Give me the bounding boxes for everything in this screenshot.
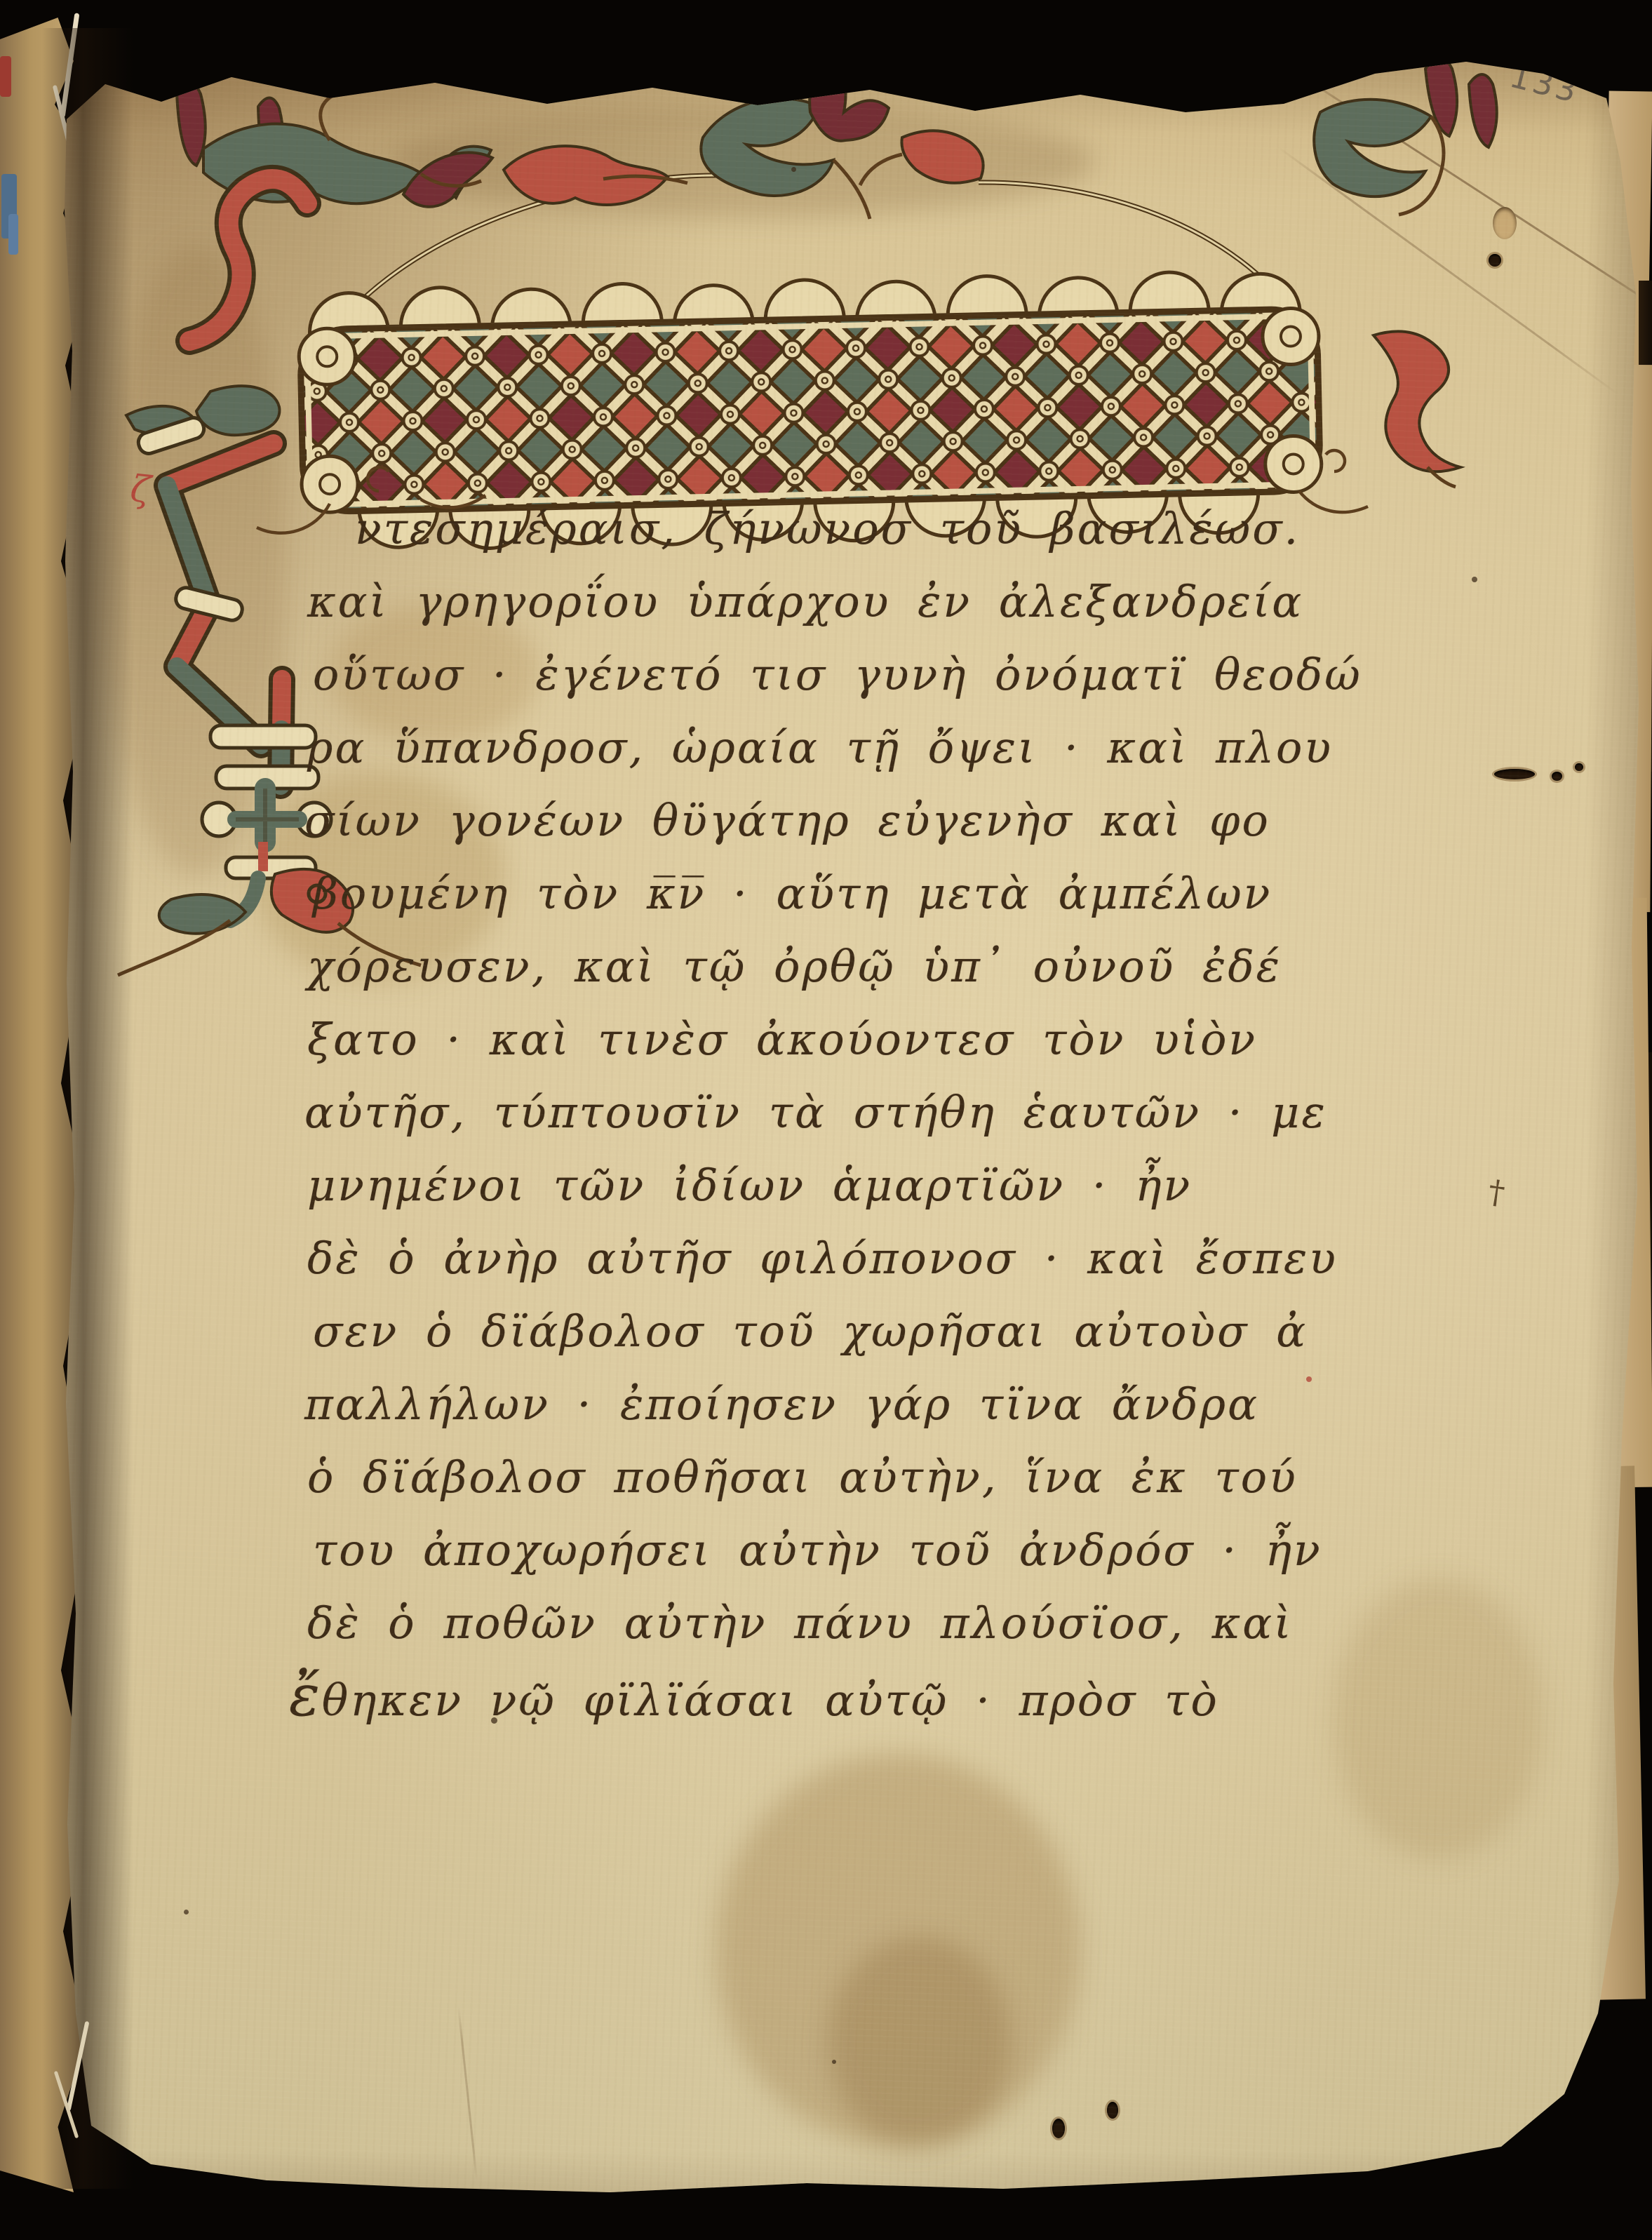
ink-speck [1472, 577, 1477, 582]
wormhole [1493, 207, 1517, 239]
wormhole [1494, 769, 1535, 779]
corner-crease [1277, 146, 1618, 395]
ink-speck [791, 167, 796, 172]
text-line: ξατο · καὶ τινὲσ ἀκούοντεσ τὸν υἱὸν [307, 1003, 1359, 1076]
binding-thread-blue [8, 214, 18, 255]
text-line: σίων γονέων θϋγάτηρ εὐγενὴσ καὶ φο [304, 784, 1359, 857]
folio-number: 133 [1506, 57, 1583, 111]
text-line: σεν ὁ δϊάβολοσ τοῦ χωρῆσαι αὐτοὺσ ἀ [313, 1295, 1359, 1368]
text-line: μνημένοι τῶν ἰδίων ἁμαρτϊῶν · ἦν [307, 1149, 1359, 1222]
red-speck [1306, 1376, 1312, 1382]
text-line: αὐτῆσ, τύπτουσϊν τὰ στήθη ἑαυτῶν · με [304, 1076, 1359, 1149]
text-line: ἔθηκεν νῷ φϊλϊάσαι αὐτῷ · πρὸσ τὸ [289, 1660, 1359, 1737]
finial-tendrils [321, 94, 1444, 219]
text-line: ρα ὕπανδροσ, ὡραία τῇ ὄψει · καὶ πλου [307, 711, 1359, 784]
wormhole [1052, 2119, 1065, 2138]
stain [393, 105, 1094, 217]
text-line: ντεσημέραισ, ζήνωνοσ τοῦ βασιλέωσ. [304, 492, 1359, 565]
wormhole [1575, 763, 1583, 771]
stain [828, 1936, 1010, 2147]
text-block: ντεσημέραισ, ζήνωνοσ τοῦ βασιλέωσ. καὶ γ… [307, 492, 1359, 1737]
corner-medallions [298, 308, 1322, 513]
ink-speck [832, 2060, 836, 2064]
binding-thread-red [0, 56, 11, 97]
text-line: βουμένη τὸν κ̅ν̅ · αὕτη μετὰ ἀμπέλων [313, 857, 1359, 930]
finial-leaves [177, 58, 1497, 207]
wormhole [1107, 2102, 1118, 2119]
text-line: του ἀποχωρήσει αὐτὴν τοῦ ἀνδρόσ · ἦν [313, 1514, 1359, 1587]
stain [716, 1754, 1080, 2147]
manuscript-leaf: ντεσημέραισ, ζήνωνοσ τοῦ βασιλέωσ. καὶ γ… [0, 0, 1652, 2240]
ink-speck [184, 1910, 189, 1914]
text-line: καὶ γρηγορΐου ὑπάρχου ἐν ἀλεξανδρεία [307, 565, 1359, 638]
wormhole [1489, 254, 1501, 267]
corner-crease [1293, 70, 1652, 316]
text-line: ὁ δϊάβολοσ ποθῆσαι αὐτὴν, ἵνα ἐκ τού [307, 1441, 1359, 1514]
gutter-shadow [42, 28, 133, 2189]
canopy-arcs [337, 175, 1303, 326]
ink-speck [491, 1717, 497, 1724]
wormhole [1552, 772, 1562, 781]
right-red-scroll [1374, 331, 1460, 471]
manuscript-photograph: ντεσημέραισ, ζήνωνοσ τοῦ βασιλέωσ. καὶ γ… [0, 0, 1652, 2240]
margin-sign: † [1486, 1172, 1507, 1212]
text-line: παλλήλων · ἐποίησεν γάρ τϊνα ἄνδρα [304, 1368, 1359, 1441]
text-line: χόρευσεν, καὶ τῷ ὀρθῷ ὑπ᾽ οὐνοῦ ἐδέ [307, 930, 1359, 1003]
text-line: δὲ ὁ ποθῶν αὐτὴν πάνυ πλούσϊοσ, καὶ [307, 1587, 1359, 1660]
text-line: δὲ ὁ ἀνὴρ αὐτῆσ φιλόπονοσ · καὶ ἔσπευ [307, 1222, 1359, 1295]
crease [457, 2006, 478, 2181]
text-line: οὕτωσ · ἐγένετό τισ γυνὴ ὀνόματϊ θεοδώ [313, 638, 1359, 711]
stain [1333, 1578, 1543, 1859]
